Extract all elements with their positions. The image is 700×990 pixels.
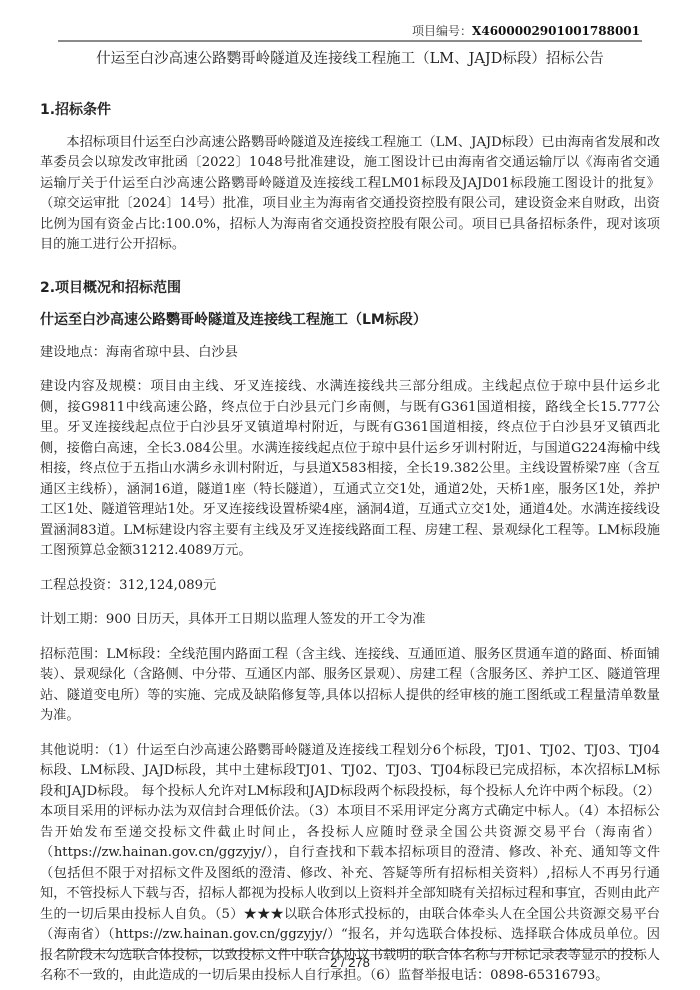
section-heading-bid-conditions: 1.招标条件 — [40, 100, 660, 121]
planned-duration: 计划工期：900 日历天，具体开工日期以监理人签发的开工令为准 — [40, 610, 660, 631]
bid-scope: 招标范围：LM标段：全线范围内路面工程（含主线、连接线、互通匝道、服务区贯通车道… — [40, 645, 660, 727]
document-page: 项目编号：X4600002901001788001 什运至白沙高速公路鹦哥岭隧道… — [0, 0, 700, 990]
project-code-label: 项目编号： — [412, 24, 472, 38]
footer-rule — [58, 950, 642, 951]
construction-scope: 建设内容及规模：项目由主线、牙叉连接线、水满连接线共三部分组成。主线起点位于琼中… — [40, 377, 660, 562]
header-rule — [58, 40, 642, 42]
document-body: 1.招标条件 本招标项目什运至白沙高速公路鹦哥岭隧道及连接线工程施工（LM、JA… — [40, 100, 660, 987]
lot-subheading: 什运至白沙高速公路鹦哥岭隧道及连接线工程施工（LM标段） — [40, 310, 660, 331]
section-heading-project-overview: 2.项目概况和招标范围 — [40, 278, 660, 299]
project-code-value: X4600002901001788001 — [472, 24, 640, 38]
total-investment: 工程总投资：312,124,089元 — [40, 576, 660, 597]
document-title: 什运至白沙高速公路鹦哥岭隧道及连接线工程施工（LM、JAJD标段）招标公告 — [0, 47, 700, 68]
page-indicator: 2 / 278 — [0, 955, 700, 970]
construction-location: 建设地点：海南省琼中县、白沙县 — [40, 343, 660, 364]
bid-conditions-paragraph: 本招标项目什运至白沙高速公路鹦哥岭隧道及连接线工程施工（LM、JAJD标段）已由… — [40, 133, 660, 256]
project-code: 项目编号：X4600002901001788001 — [412, 22, 640, 39]
